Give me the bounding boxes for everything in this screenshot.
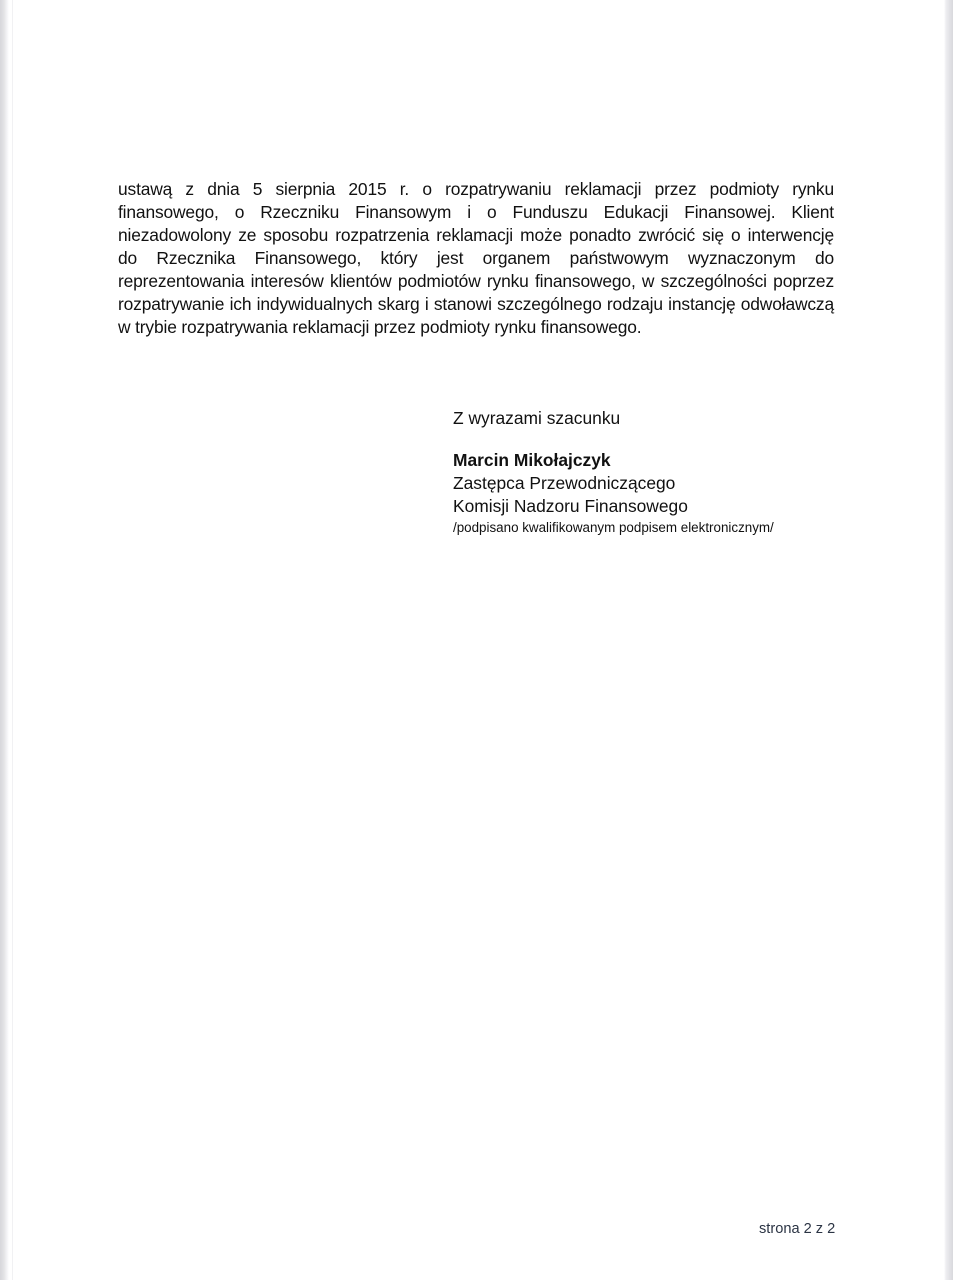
body-line: finansowego, o Rzeczniku Finansowym i o … — [118, 201, 834, 224]
signatory-organization: Komisji Nadzoru Finansowego — [453, 495, 774, 518]
body-line: rozpatrywanie ich indywidualnych skarg i… — [118, 293, 834, 316]
body-line: do Rzecznika Finansowego, który jest org… — [118, 247, 834, 270]
body-line: w trybie rozpatrywania reklamacji przez … — [118, 316, 834, 339]
body-line: reprezentowania interesów klientów podmi… — [118, 270, 834, 293]
body-line: niezadowolony ze sposobu rozpatrzenia re… — [118, 224, 834, 247]
electronic-signature-note: /podpisano kwalifikowanym podpisem elekt… — [453, 519, 774, 537]
page-number: strona 2 z 2 — [759, 1221, 835, 1237]
closing-phrase: Z wyrazami szacunku — [453, 407, 774, 430]
body-paragraph: ustawą z dnia 5 sierpnia 2015 r. o rozpa… — [118, 178, 834, 339]
signatory-title: Zastępca Przewodniczącego — [453, 472, 774, 495]
signature-block: Z wyrazami szacunku Marcin Mikołajczyk Z… — [453, 407, 774, 537]
document-page: ustawą z dnia 5 sierpnia 2015 r. o rozpa… — [0, 0, 953, 1280]
body-line: ustawą z dnia 5 sierpnia 2015 r. o rozpa… — [118, 178, 834, 201]
signatory-name: Marcin Mikołajczyk — [453, 449, 774, 472]
